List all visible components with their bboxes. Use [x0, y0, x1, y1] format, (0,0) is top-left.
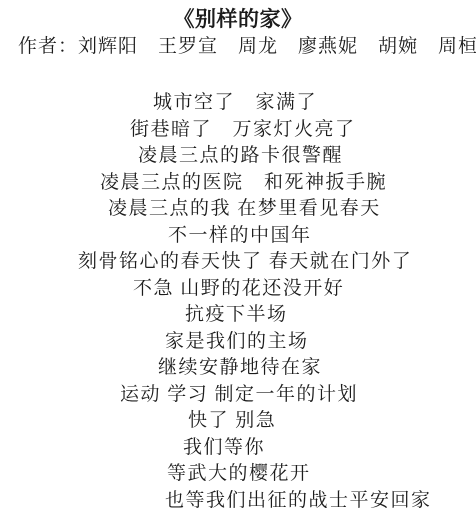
- poem-line-10: 家是我们的主场: [165, 329, 476, 356]
- poem-line-9: 抗疫下半场: [185, 302, 476, 329]
- poem-line-4: 凌晨三点的医院 和死神扳手腕: [100, 170, 476, 197]
- poem-line-2: 街巷暗了 万家灯火亮了: [130, 117, 476, 144]
- poem-body: 城市空了 家满了 街巷暗了 万家灯火亮了 凌晨三点的路卡很警醒 凌晨三点的医院 …: [0, 90, 476, 514]
- poem-line-8: 不急 山野的花还没开好: [133, 276, 476, 303]
- author-line: 作者：刘辉阳 王罗宣 周龙 廖燕妮 胡婉 周桓: [18, 35, 476, 59]
- poem-title: 《别样的家》: [0, 7, 476, 31]
- poem-line-5: 凌晨三点的我 在梦里看见春天: [108, 196, 476, 223]
- poem-line-11: 继续安静地待在家: [158, 355, 476, 382]
- poem-line-12: 运动 学习 制定一年的计划: [120, 382, 476, 409]
- poem-line-14: 我们等你: [183, 435, 476, 462]
- poem-line-7: 刻骨铭心的春天快了 春天就在门外了: [78, 249, 476, 276]
- poem-line-6: 不一样的中国年: [168, 223, 476, 250]
- poem-line-13: 快了 别急: [188, 408, 476, 435]
- document-page: 《别样的家》 作者：刘辉阳 王罗宣 周龙 廖燕妮 胡婉 周桓 城市空了 家满了 …: [0, 7, 476, 520]
- poem-line-15: 等武大的樱花开: [167, 461, 476, 488]
- poem-line-3: 凌晨三点的路卡很警醒: [138, 143, 476, 170]
- poem-line-1: 城市空了 家满了: [153, 90, 476, 117]
- poem-line-16: 也等我们出征的战士平安回家: [165, 488, 476, 515]
